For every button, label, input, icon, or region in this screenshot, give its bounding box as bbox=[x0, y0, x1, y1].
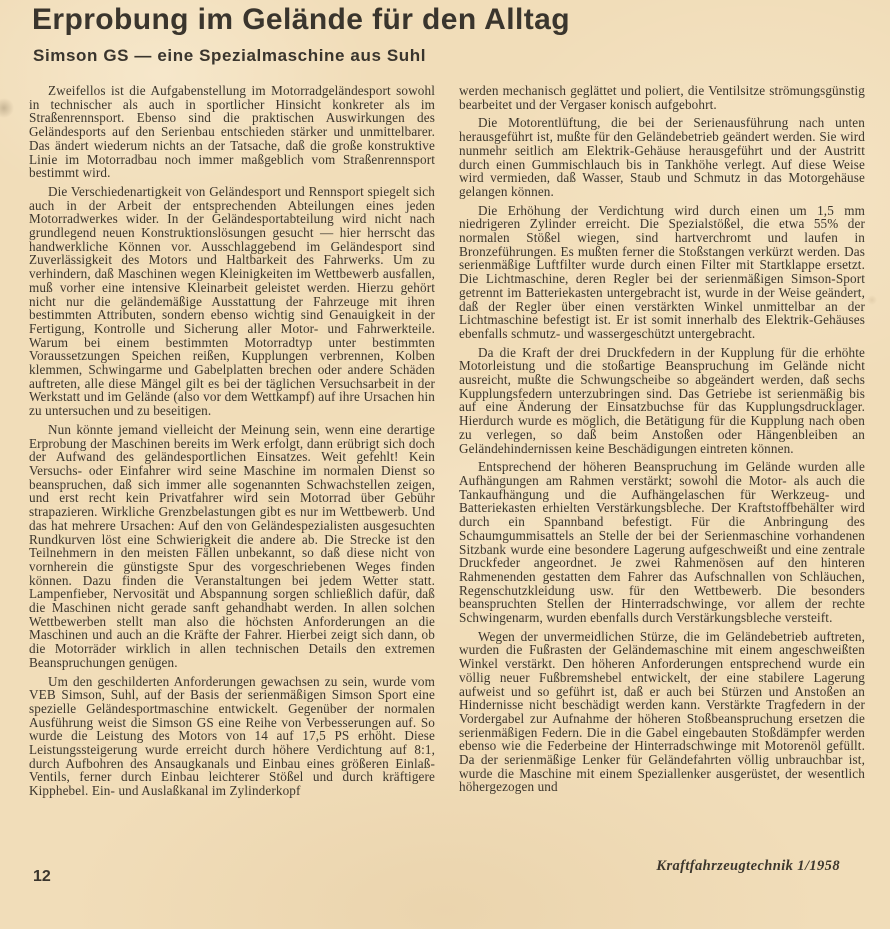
paragraph-left-3: Nun könnte jemand vielleicht der Meinung… bbox=[29, 423, 435, 670]
paragraph-right-6: Wegen der unvermeidlichen Stürze, die im… bbox=[459, 630, 865, 794]
left-column: Zweifellos ist die Aufgabenstellung im M… bbox=[29, 84, 435, 882]
paragraph-right-5: Entsprechend der höheren Beanspruchung i… bbox=[459, 460, 865, 624]
right-column: werden mechanisch geglättet und poliert,… bbox=[459, 84, 865, 882]
paragraph-right-3: Die Erhöhung der Verdichtung wird durch … bbox=[459, 204, 865, 341]
magazine-page: Erprobung im Gelände für den Alltag Sims… bbox=[0, 0, 890, 929]
article-body: Zweifellos ist die Aufgabenstellung im M… bbox=[29, 84, 865, 882]
paragraph-left-4: Um den geschilderten Anforderungen gewac… bbox=[29, 675, 435, 798]
paragraph-left-2: Die Verschiedenartigkeit von Geländespor… bbox=[29, 185, 435, 418]
paragraph-right-4: Da die Kraft der drei Druckfedern in der… bbox=[459, 346, 865, 456]
page-number: 12 bbox=[33, 868, 51, 886]
paragraph-right-1: werden mechanisch geglättet und poliert,… bbox=[459, 84, 865, 111]
article-subtitle: Simson GS — eine Spezialmaschine aus Suh… bbox=[33, 46, 426, 66]
journal-footer: Kraftfahrzeugtechnik 1/1958 bbox=[656, 858, 840, 875]
paragraph-left-1: Zweifellos ist die Aufgabenstellung im M… bbox=[29, 84, 435, 180]
paragraph-right-2: Die Motorentlüftung, die bei der Seriena… bbox=[459, 116, 865, 198]
article-title: Erprobung im Gelände für den Alltag bbox=[32, 3, 570, 37]
